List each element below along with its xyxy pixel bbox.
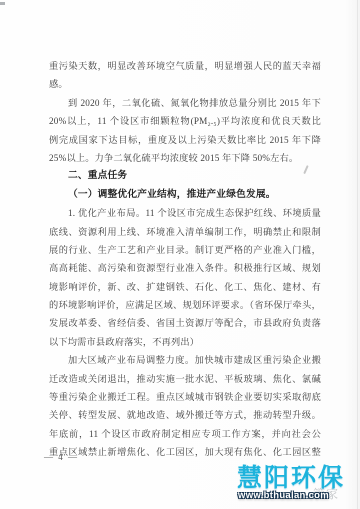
text-line: 二、重点任务 [49, 167, 321, 185]
watermark: 管家 慧阳环保 www.bthualan.com [237, 465, 357, 501]
text-line: 展的行业、生产工艺和产业目录。制订更严格的产业准入门槛，提 [49, 241, 321, 259]
text-line: 例完成国家下达目标，重度及以上污染天数比率比 2015 年下降 [49, 131, 321, 149]
text-line: 加大区域产业布局调整力度。加快城市建成区重污染企业搬 [49, 351, 321, 369]
scan-corner-speck [0, 2, 5, 5]
text-line: 年底前，11 个设区市政府制定相应专项工作方案，并向社会公开。 [49, 425, 321, 443]
text-line: 感。 [49, 75, 321, 93]
text-line: 关停、转型发展、就地改造、域外搬迁等方式，推动转型升级。2018 [49, 406, 321, 424]
text-line: 到 2020 年，二氧化硫、氮氧化物排放总量分别比 2015 年下降 [49, 94, 321, 112]
text-line: 重点区域禁止新增焦化、化工园区，加大现有焦化、化工园区整治 [49, 443, 321, 461]
scanned-page: 重污染天数，明显改善环境空气质量，明显增强人民的蓝天幸福感。到 2020 年，二… [0, 0, 360, 509]
text-line: 发展改革委、省经信委、省国土资源厅等配合，市县政府负责落实。 [49, 314, 321, 332]
text-line: 迁改造或关闭退出，推动实施一批水泥、平板玻璃、焦化、氯碱化工 [49, 370, 321, 388]
watermark-url: www.bthualan.com [238, 490, 357, 501]
text-line: （一）调整优化产业结构，推进产业绿色发展。 [49, 186, 321, 204]
text-line: 高高耗能、高污染和资源型行业准入条件。积极推行区域、规划环 [49, 259, 321, 277]
text-line: 的环境影响评价，应满足区域、规划环评要求。（省环保厅牵头，省 [49, 296, 321, 314]
text-line: 1. 优化产业布局。11 个设区市完成生态保护红线、环境质量 [49, 204, 321, 222]
document-body: 重污染天数，明显改善环境空气质量，明显增强人民的蓝天幸福感。到 2020 年，二… [49, 57, 321, 462]
scan-edge-line [357, 0, 359, 509]
text-line: 20%以上，11 个设区市细颗粒物(PM₂.₅)平均浓度和优良天数比 [49, 112, 321, 130]
text-line: 重污染天数，明显改善环境空气质量，明显增强人民的蓝天幸福 [49, 57, 321, 75]
text-line: 底线、资源利用上线、环境准入清单编制工作，明确禁止和限制发 [49, 223, 321, 241]
text-line: 境影响评价，新、改、扩建钢铁、石化、化工、焦化、建材、有色等项目 [49, 278, 321, 296]
text-line: 25%以上。力争二氧化硫平均浓度较 2015 年下降 50%左右。 [49, 149, 321, 167]
text-line: 等重污染企业搬迁工程。重点区域城市钢铁企业要切实采取彻底 [49, 388, 321, 406]
page-number: — 4 — [44, 452, 79, 462]
text-line: 以下均需市县政府落实，不再列出） [49, 333, 321, 351]
watermark-brand: 慧阳环保 [237, 465, 357, 492]
